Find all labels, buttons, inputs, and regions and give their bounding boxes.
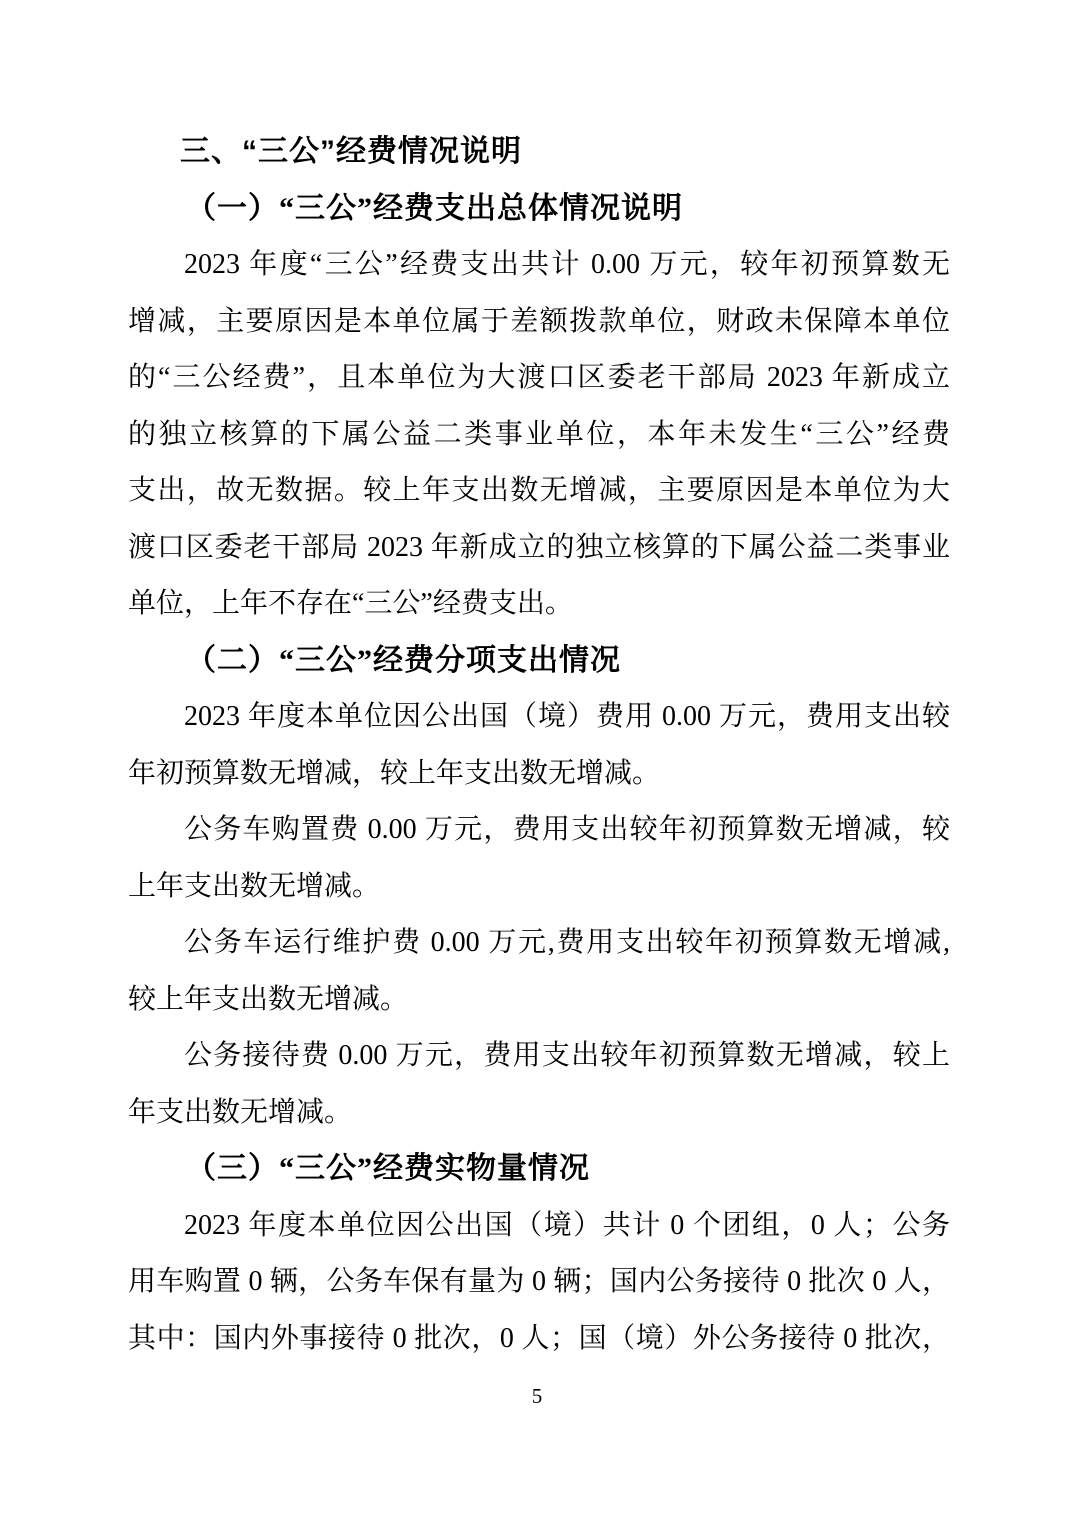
body-text-line: 2023 年度“三公”经费支出共计 0.00 万元，较年初预算数无 <box>128 237 950 294</box>
body-text-line: 公务车购置费 0.00 万元，费用支出较年初预算数无增减，较 <box>128 802 950 859</box>
body-text-line: 公务接待费 0.00 万元，费用支出较年初预算数无增减，较上 <box>128 1028 950 1085</box>
body-text-line: 上年支出数无增减。 <box>128 859 950 916</box>
body-text-line: 的独立核算的下属公益二类事业单位，本年未发生“三公”经费 <box>128 407 950 464</box>
subsection-heading-3: （三）“三公”经费实物量情况 <box>128 1141 950 1198</box>
body-text-line: 的“三公经费”，且本单位为大渡口区委老干部局 2023 年新成立 <box>128 350 950 407</box>
body-text-line: 2023 年度本单位因公出国（境）共计 0 个团组，0 人；公务 <box>128 1198 950 1255</box>
body-text-line: 较上年支出数无增减。 <box>128 972 950 1029</box>
subsection-heading-2: （二）“三公”经费分项支出情况 <box>128 633 950 690</box>
section-heading: 三、“三公”经费情况说明 <box>128 124 950 181</box>
body-text-line: 年初预算数无增减，较上年支出数无增减。 <box>128 746 950 803</box>
document-page: 三、“三公”经费情况说明 （一）“三公”经费支出总体情况说明 2023 年度“三… <box>0 0 1074 1520</box>
body-text-line: 用车购置 0 辆，公务车保有量为 0 辆；国内公务接待 0 批次 0 人， <box>128 1254 950 1311</box>
page-number: 5 <box>0 1384 1074 1408</box>
document-content: 三、“三公”经费情况说明 （一）“三公”经费支出总体情况说明 2023 年度“三… <box>128 124 950 1367</box>
body-text-line: 渡口区委老干部局 2023 年新成立的独立核算的下属公益二类事业 <box>128 520 950 577</box>
subsection-heading-1: （一）“三公”经费支出总体情况说明 <box>128 181 950 238</box>
body-text-line: 2023 年度本单位因公出国（境）费用 0.00 万元，费用支出较 <box>128 689 950 746</box>
body-text-line: 年支出数无增减。 <box>128 1085 950 1142</box>
body-text-line: 支出，故无数据。较上年支出数无增减，主要原因是本单位为大 <box>128 463 950 520</box>
body-text-line: 单位，上年不存在“三公”经费支出。 <box>128 576 950 633</box>
body-text-line: 其中：国内外事接待 0 批次，0 人；国（境）外公务接待 0 批次， <box>128 1311 950 1368</box>
body-text-line: 增减，主要原因是本单位属于差额拨款单位，财政未保障本单位 <box>128 294 950 351</box>
body-text-line: 公务车运行维护费 0.00 万元,费用支出较年初预算数无增减, <box>128 915 950 972</box>
